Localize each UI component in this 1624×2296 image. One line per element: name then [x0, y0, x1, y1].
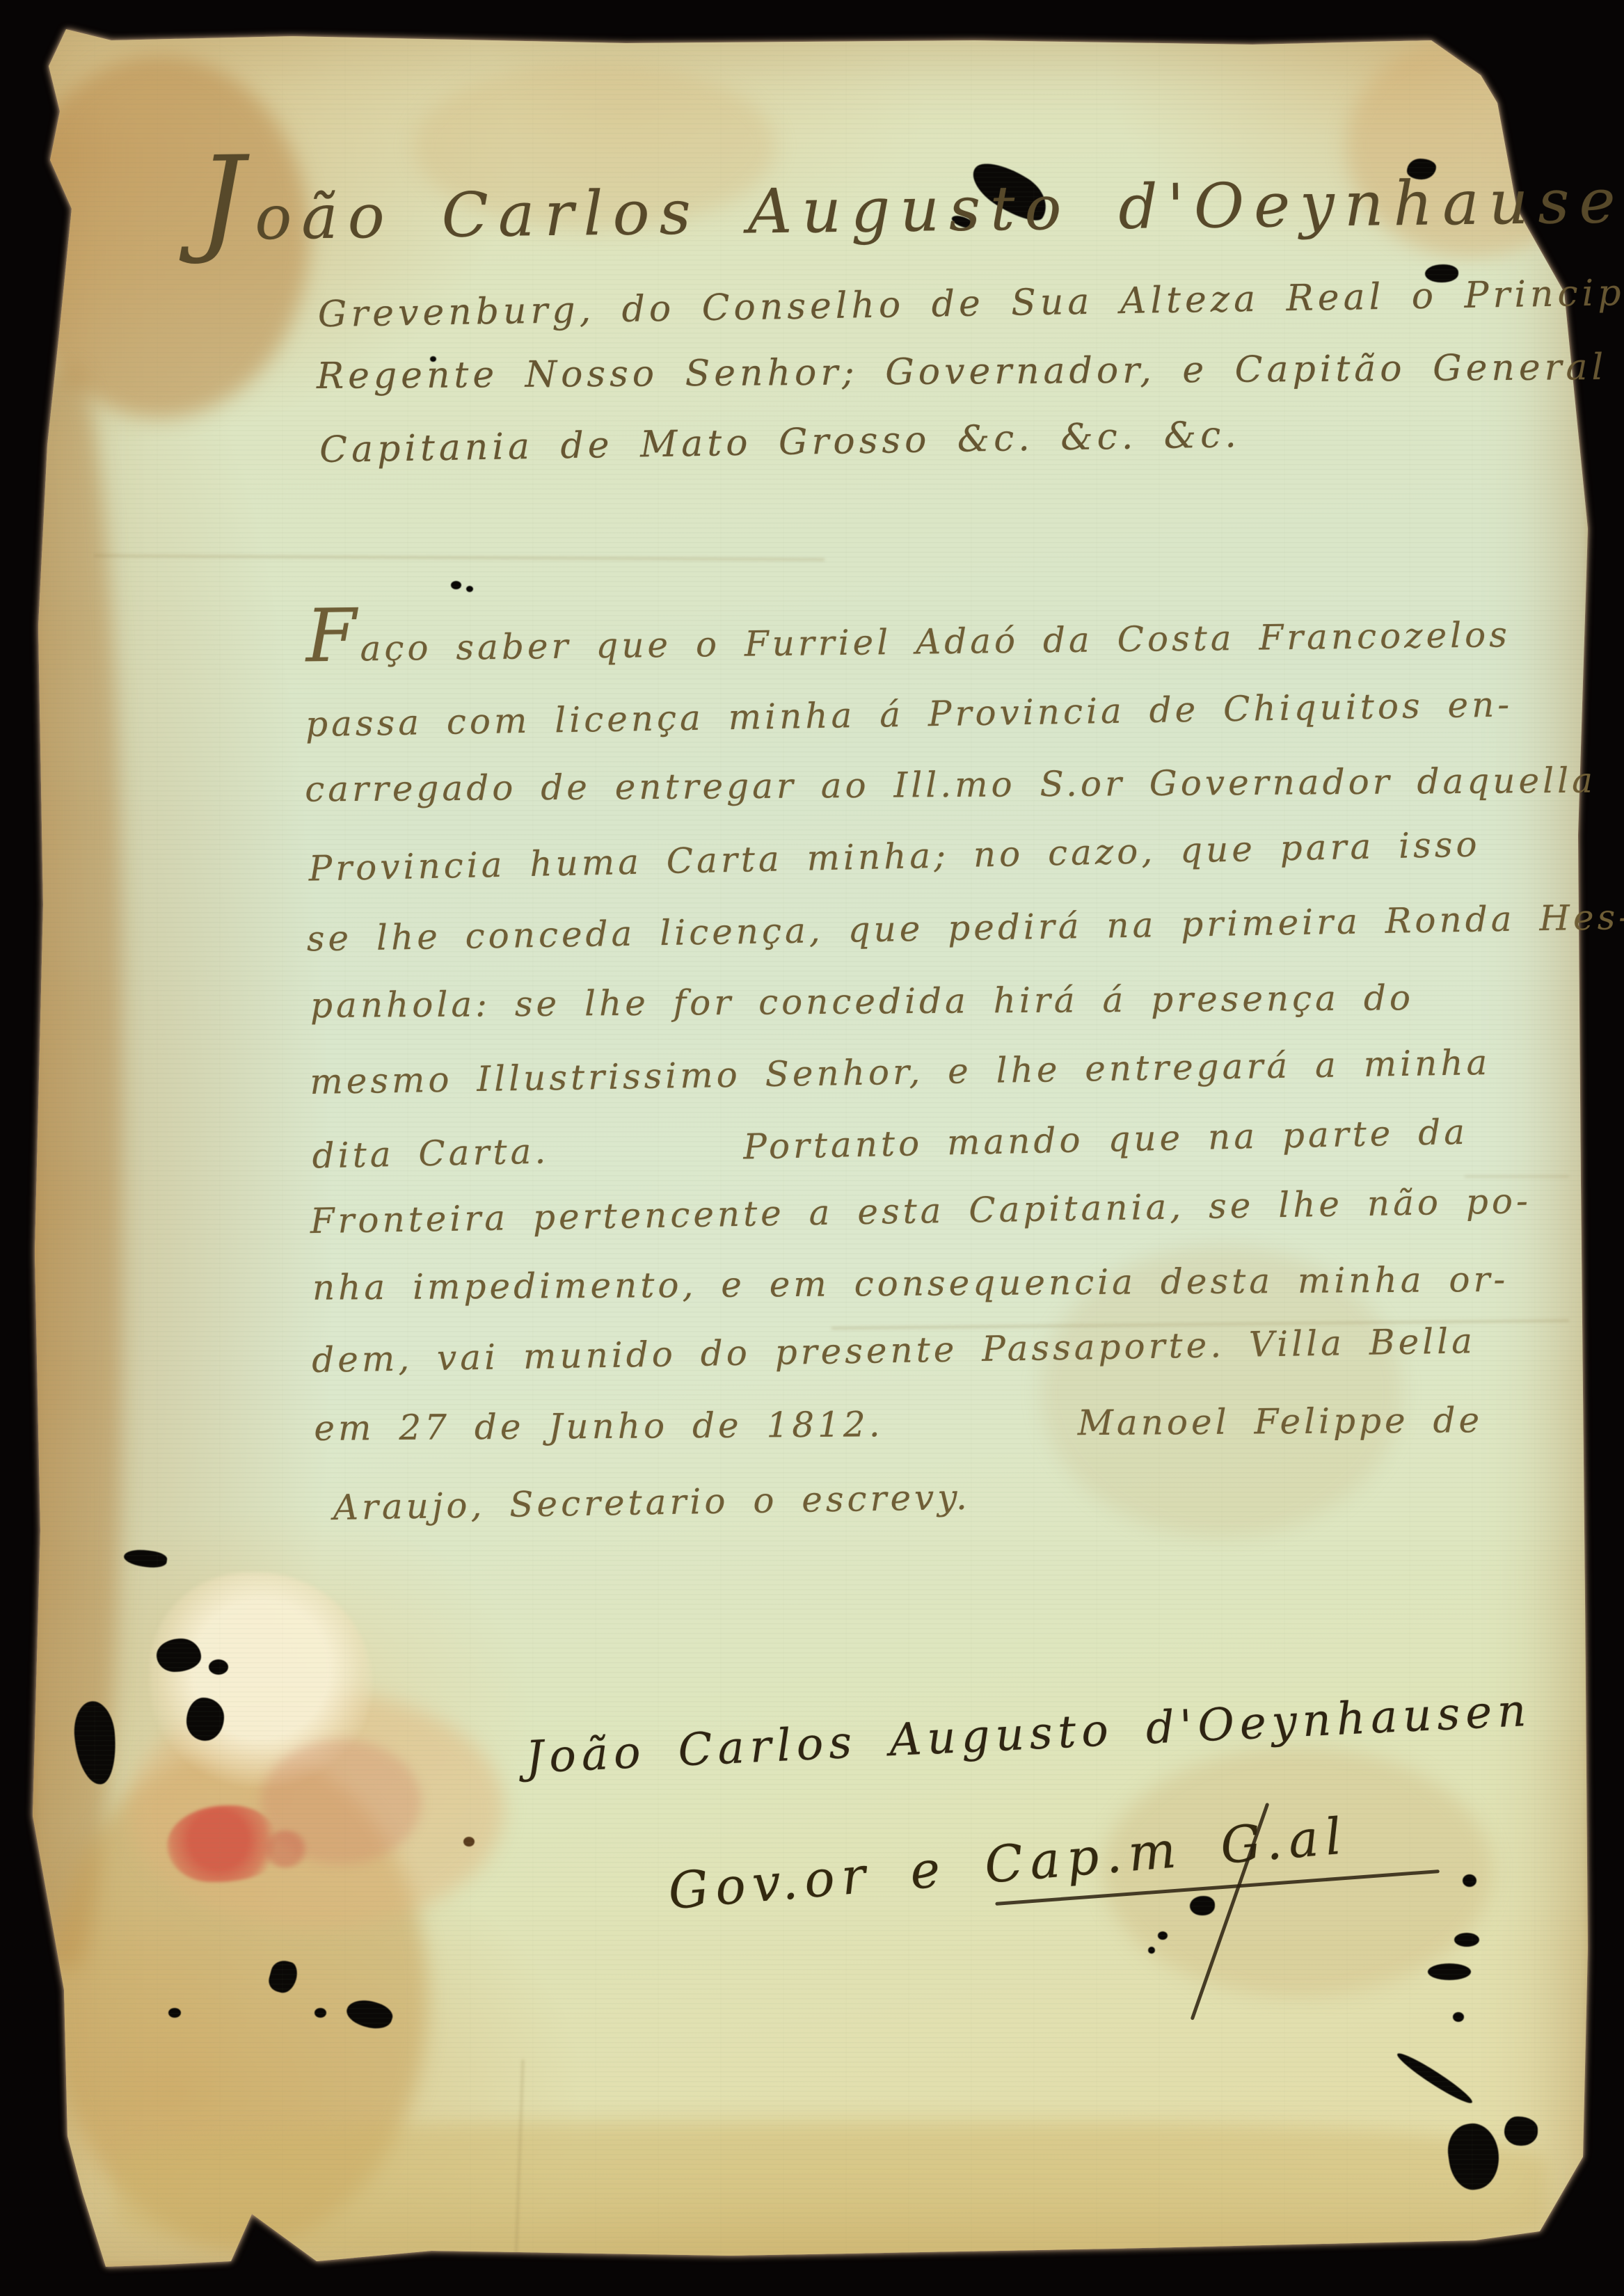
- manuscript-photo: João Carlos Augusto d'Oeynhausen Grevenb…: [0, 0, 1624, 2296]
- body-line-11: dem, vai munido do presente Passaporte. …: [312, 1321, 1476, 1380]
- body-line-8: dita Carta. Portanto mando que na parte …: [312, 1112, 1469, 1177]
- body-line-2: passa com licença minha á Provincia de C…: [305, 684, 1513, 744]
- body-line-13: Araujo, Secretario o escrevy.: [333, 1477, 971, 1528]
- body-line-12: em 27 de Junho de 1812. Manoel Felippe d…: [314, 1400, 1483, 1449]
- body-line-6: panhola: se lhe for concedida hirá á pre…: [310, 978, 1414, 1026]
- body-line-1: Faço saber que o Furriel Adaó da Costa F…: [305, 614, 1511, 669]
- body-line-4: Provincia huma Carta minha; no cazo, que…: [308, 824, 1481, 888]
- heading-line-1: João Carlos Augusto d'Oeynhausen: [198, 164, 1624, 254]
- signature-name: João Carlos Augusto d'Oeynhausen: [525, 1685, 1533, 1784]
- heading-line-3: Regente Nosso Senhor; Governador, e Capi…: [317, 346, 1624, 397]
- body-line-10: nha impedimento, e em consequencia desta…: [312, 1259, 1509, 1308]
- body-line-7: mesmo Illustrissimo Senhor, e lhe entreg…: [310, 1042, 1491, 1102]
- body-line-9: Fronteira pertencente a esta Capitania, …: [310, 1181, 1531, 1241]
- manuscript-text: João Carlos Augusto d'Oeynhausen Grevenb…: [0, 0, 1624, 2296]
- heading-line-4: Capitania de Mato Grosso &c. &c. &c.: [319, 414, 1241, 471]
- body-line-3: carregado de entregar ao Ill.mo S.or Gov…: [305, 760, 1596, 810]
- heading-line-2: Grevenburg, do Conselho de Sua Alteza Re…: [317, 272, 1624, 336]
- body-line-5: se lhe conceda licença, que pedirá na pr…: [306, 897, 1624, 959]
